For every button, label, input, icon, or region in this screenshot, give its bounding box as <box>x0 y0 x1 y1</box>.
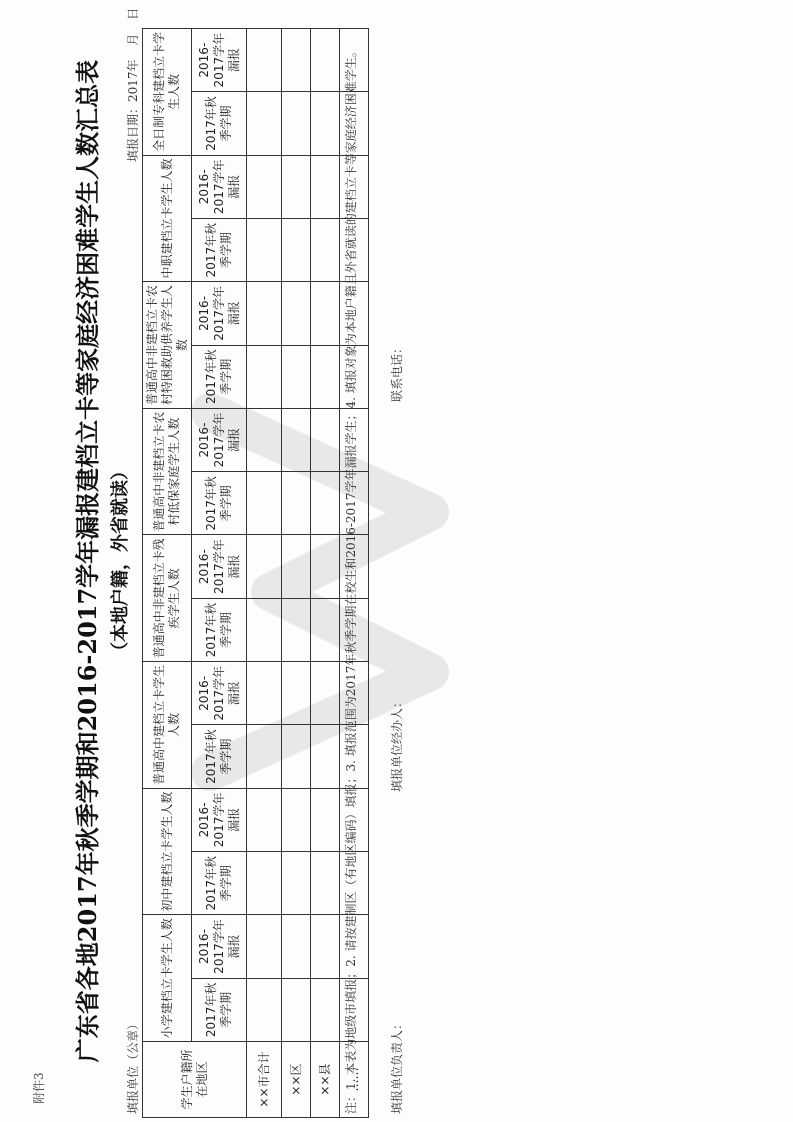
sub-header: 2016-2017学年漏报 <box>192 535 247 598</box>
value-cell[interactable] <box>247 472 282 535</box>
value-cell[interactable] <box>311 852 340 915</box>
value-cell[interactable] <box>282 852 311 915</box>
value-cell[interactable] <box>311 29 340 92</box>
value-cell[interactable] <box>247 725 282 788</box>
value-cell[interactable] <box>282 535 311 598</box>
sub-header: 2016-2017学年漏报 <box>192 788 247 851</box>
value-cell[interactable] <box>247 535 282 598</box>
value-cell[interactable] <box>282 218 311 281</box>
summary-table: 学生户籍所在地区 小学建档立卡学生人数初中建档立卡学生人数普通高中建档立卡学生人… <box>142 28 369 1118</box>
group-header: 普通高中非建档立卡农村低保家庭学生人数 <box>143 408 192 535</box>
reporting-unit-label: 填报单位（公章） <box>124 1018 141 1114</box>
value-cell[interactable] <box>247 408 282 471</box>
value-cell[interactable] <box>282 92 311 155</box>
value-cell[interactable] <box>311 345 340 408</box>
value-cell[interactable] <box>282 598 311 661</box>
value-cell[interactable] <box>311 725 340 788</box>
region-cell: ××县 <box>311 1042 340 1118</box>
value-cell[interactable] <box>247 155 282 218</box>
value-cell[interactable] <box>311 788 340 851</box>
page-title: 广东省各地2017年秋季学期和2016-2017学年漏报建档立卡等家庭经济困难学… <box>68 0 103 1122</box>
reporting-date-label: 填报日期：2017年 月 日 <box>124 8 141 162</box>
value-cell[interactable] <box>311 915 340 978</box>
value-cell[interactable] <box>247 345 282 408</box>
summary-table-container: 学生户籍所在地区 小学建档立卡学生人数初中建档立卡学生人数普通高中建档立卡学生人… <box>142 28 369 1118</box>
sub-header: 2017年秋季学期 <box>192 345 247 408</box>
sub-header: 2016-2017学年漏报 <box>192 29 247 92</box>
value-cell[interactable] <box>247 915 282 978</box>
value-cell[interactable] <box>311 535 340 598</box>
region-column-header: 学生户籍所在地区 <box>143 1042 247 1118</box>
group-header: 普通高中非建档立卡残疾学生人数 <box>143 535 192 662</box>
table-row: ××区 <box>282 29 311 1118</box>
value-cell[interactable] <box>282 915 311 978</box>
region-cell: ××区 <box>282 1042 311 1118</box>
group-header: 小学建档立卡学生人数 <box>143 915 192 1042</box>
group-header: 中职建档立卡学生人数 <box>143 155 192 282</box>
sub-header: 2017年秋季学期 <box>192 472 247 535</box>
contact-phone-label: 联系电话： <box>388 342 405 402</box>
value-cell[interactable] <box>282 978 311 1041</box>
value-cell[interactable] <box>311 408 340 471</box>
table-row: ××市合计 <box>247 29 282 1118</box>
unit-handler-signature-label: 填报单位经办人： <box>388 696 405 792</box>
table-row: ××县 <box>311 29 340 1118</box>
value-cell[interactable] <box>311 92 340 155</box>
value-cell[interactable] <box>282 662 311 725</box>
group-header: 初中建档立卡学生人数 <box>143 788 192 915</box>
value-cell[interactable] <box>311 978 340 1041</box>
value-cell[interactable] <box>311 472 340 535</box>
value-cell[interactable] <box>282 282 311 345</box>
sub-header: 2016-2017学年漏报 <box>192 915 247 978</box>
value-cell[interactable] <box>247 92 282 155</box>
value-cell[interactable] <box>282 725 311 788</box>
value-cell[interactable] <box>282 155 311 218</box>
sub-header: 2017年秋季学期 <box>192 92 247 155</box>
value-cell[interactable] <box>247 852 282 915</box>
sub-header: 2016-2017学年漏报 <box>192 155 247 218</box>
unit-head-signature-label: 填报单位负责人： <box>388 1018 405 1114</box>
sub-header: 2016-2017学年漏报 <box>192 282 247 345</box>
value-cell[interactable] <box>311 598 340 661</box>
group-header: 普通高中建档立卡学生人数 <box>143 662 192 789</box>
value-cell[interactable] <box>311 155 340 218</box>
document-page: 附件3 广东省各地2017年秋季学期和2016-2017学年漏报建档立卡等家庭经… <box>0 0 793 1122</box>
value-cell[interactable] <box>247 662 282 725</box>
value-cell[interactable] <box>282 788 311 851</box>
value-cell[interactable] <box>247 282 282 345</box>
value-cell[interactable] <box>311 282 340 345</box>
sub-header: 2017年秋季学期 <box>192 978 247 1041</box>
value-cell[interactable] <box>282 408 311 471</box>
sub-header: 2016-2017学年漏报 <box>192 662 247 725</box>
value-cell[interactable] <box>282 29 311 92</box>
notes-text: 注：1. 本表为地级市填报；2. 请按建制区（有地区编码）填报；3. 填报范围为… <box>342 45 359 1114</box>
sub-header-row: 2017年秋季学期2016-2017学年漏报2017年秋季学期2016-2017… <box>192 29 247 1118</box>
value-cell[interactable] <box>311 218 340 281</box>
region-cell: ××市合计 <box>247 1042 282 1118</box>
group-header: 普通高中非建档立卡农村特困救助供养学生人数 <box>143 282 192 409</box>
page-subtitle: （本地户籍，外省就读） <box>106 0 132 1122</box>
group-header-row: 学生户籍所在地区 小学建档立卡学生人数初中建档立卡学生人数普通高中建档立卡学生人… <box>143 29 192 1118</box>
value-cell[interactable] <box>282 345 311 408</box>
sub-header: 2017年秋季学期 <box>192 218 247 281</box>
group-header: 全日制专科建档立卡学生人数 <box>143 29 192 156</box>
sub-header: 2017年秋季学期 <box>192 852 247 915</box>
value-cell[interactable] <box>247 29 282 92</box>
value-cell[interactable] <box>247 788 282 851</box>
value-cell[interactable] <box>247 218 282 281</box>
value-cell[interactable] <box>311 662 340 725</box>
attachment-label: 附件3 <box>30 1072 47 1104</box>
sub-header: 2017年秋季学期 <box>192 725 247 788</box>
value-cell[interactable] <box>247 978 282 1041</box>
value-cell[interactable] <box>247 598 282 661</box>
value-cell[interactable] <box>282 472 311 535</box>
sub-header: 2016-2017学年漏报 <box>192 408 247 471</box>
sub-header: 2017年秋季学期 <box>192 598 247 661</box>
